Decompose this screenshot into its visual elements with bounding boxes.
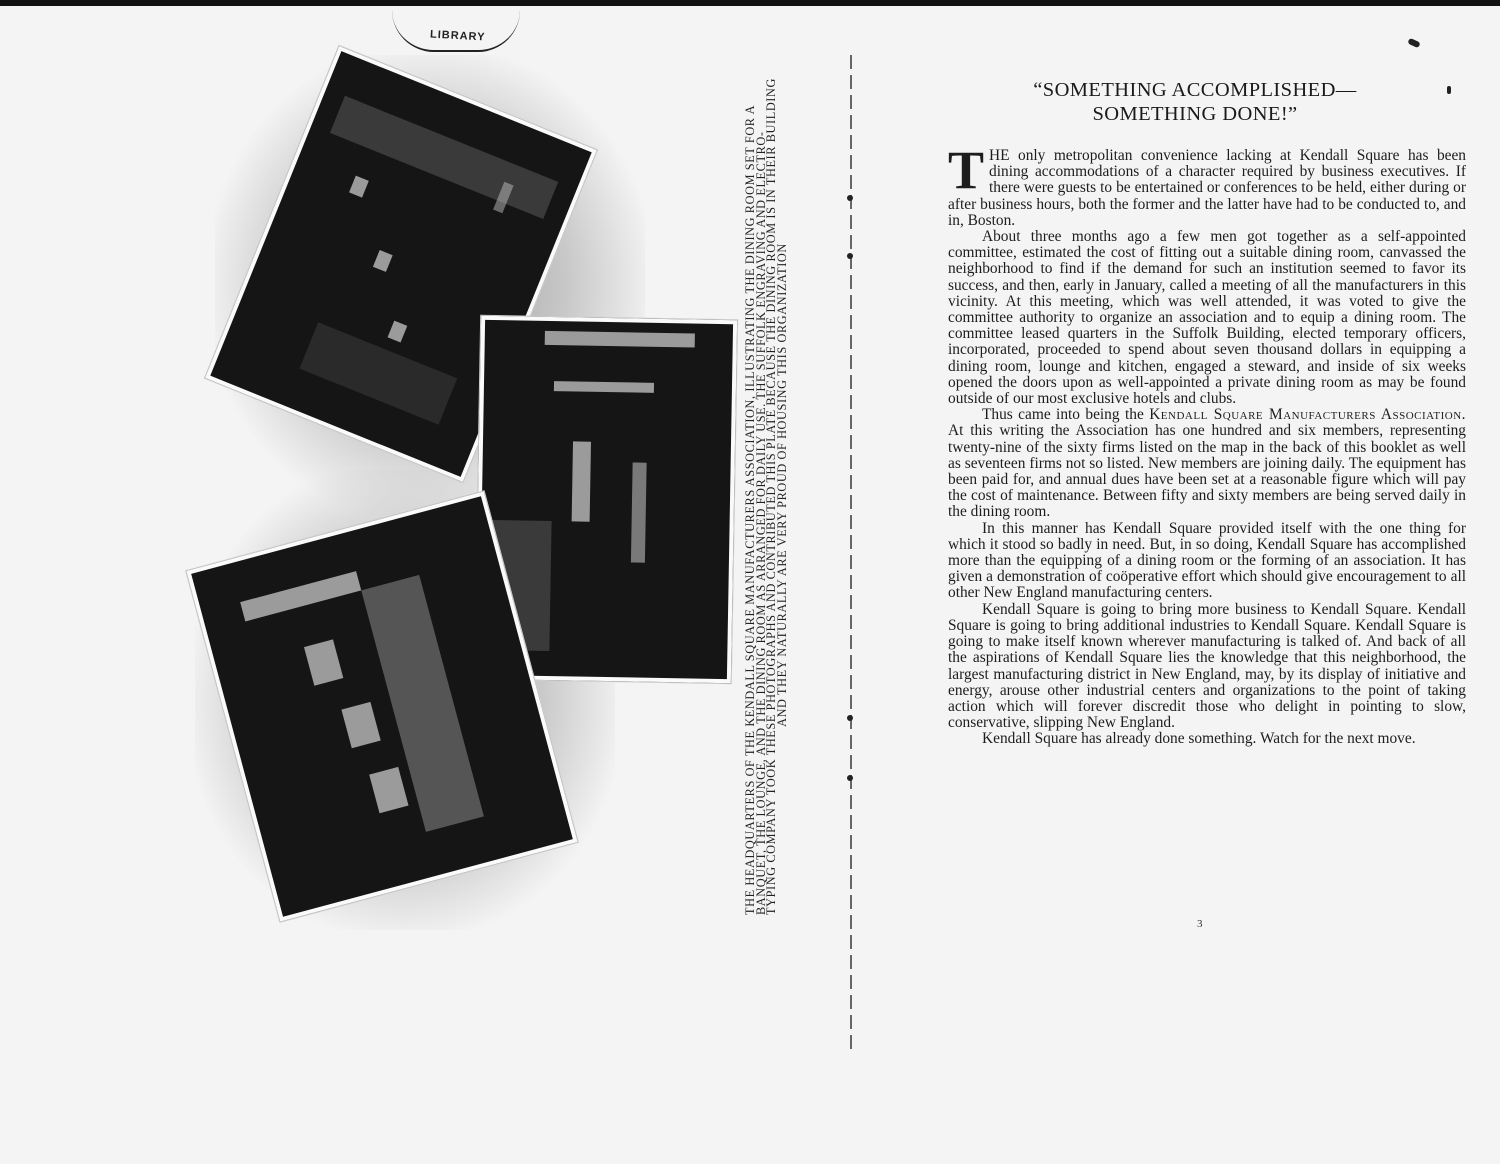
- binding-hole: [847, 195, 853, 201]
- page-fold-line: [850, 55, 852, 1050]
- paragraph: Kendall Square is going to bring more bu…: [948, 602, 1466, 732]
- drop-cap: T: [948, 148, 984, 192]
- caption-line: and they naturally are very proud of hou…: [777, 55, 788, 915]
- photo-caption: The headquarters of the Kendall Square M…: [745, 55, 787, 915]
- scan-top-edge: [0, 0, 1500, 6]
- association-name: Kendall Square Manufacturers Association…: [1149, 406, 1466, 423]
- article-body: THE only metropolitan convenience lackin…: [948, 148, 1466, 748]
- paragraph: THE only metropolitan convenience lackin…: [948, 148, 1466, 229]
- paragraph: Thus came into being the Kendall Square …: [948, 407, 1466, 520]
- scan-mark: [1447, 86, 1451, 94]
- article-title: “SOMETHING ACCOMPLISHED— SOMETHING DONE!…: [990, 78, 1400, 126]
- title-line: “SOMETHING ACCOMPLISHED—: [990, 78, 1400, 102]
- title-line: SOMETHING DONE!”: [990, 102, 1400, 126]
- binding-hole: [847, 715, 853, 721]
- paragraph: Kendall Square has already done somethin…: [948, 731, 1466, 747]
- paragraph: In this manner has Kendall Square provid…: [948, 521, 1466, 602]
- paragraph: About three months ago a few men got tog…: [948, 229, 1466, 407]
- binding-hole: [847, 253, 853, 259]
- page-number: 3: [1197, 918, 1203, 930]
- binding-hole: [847, 775, 853, 781]
- scan-mark: [1407, 38, 1420, 49]
